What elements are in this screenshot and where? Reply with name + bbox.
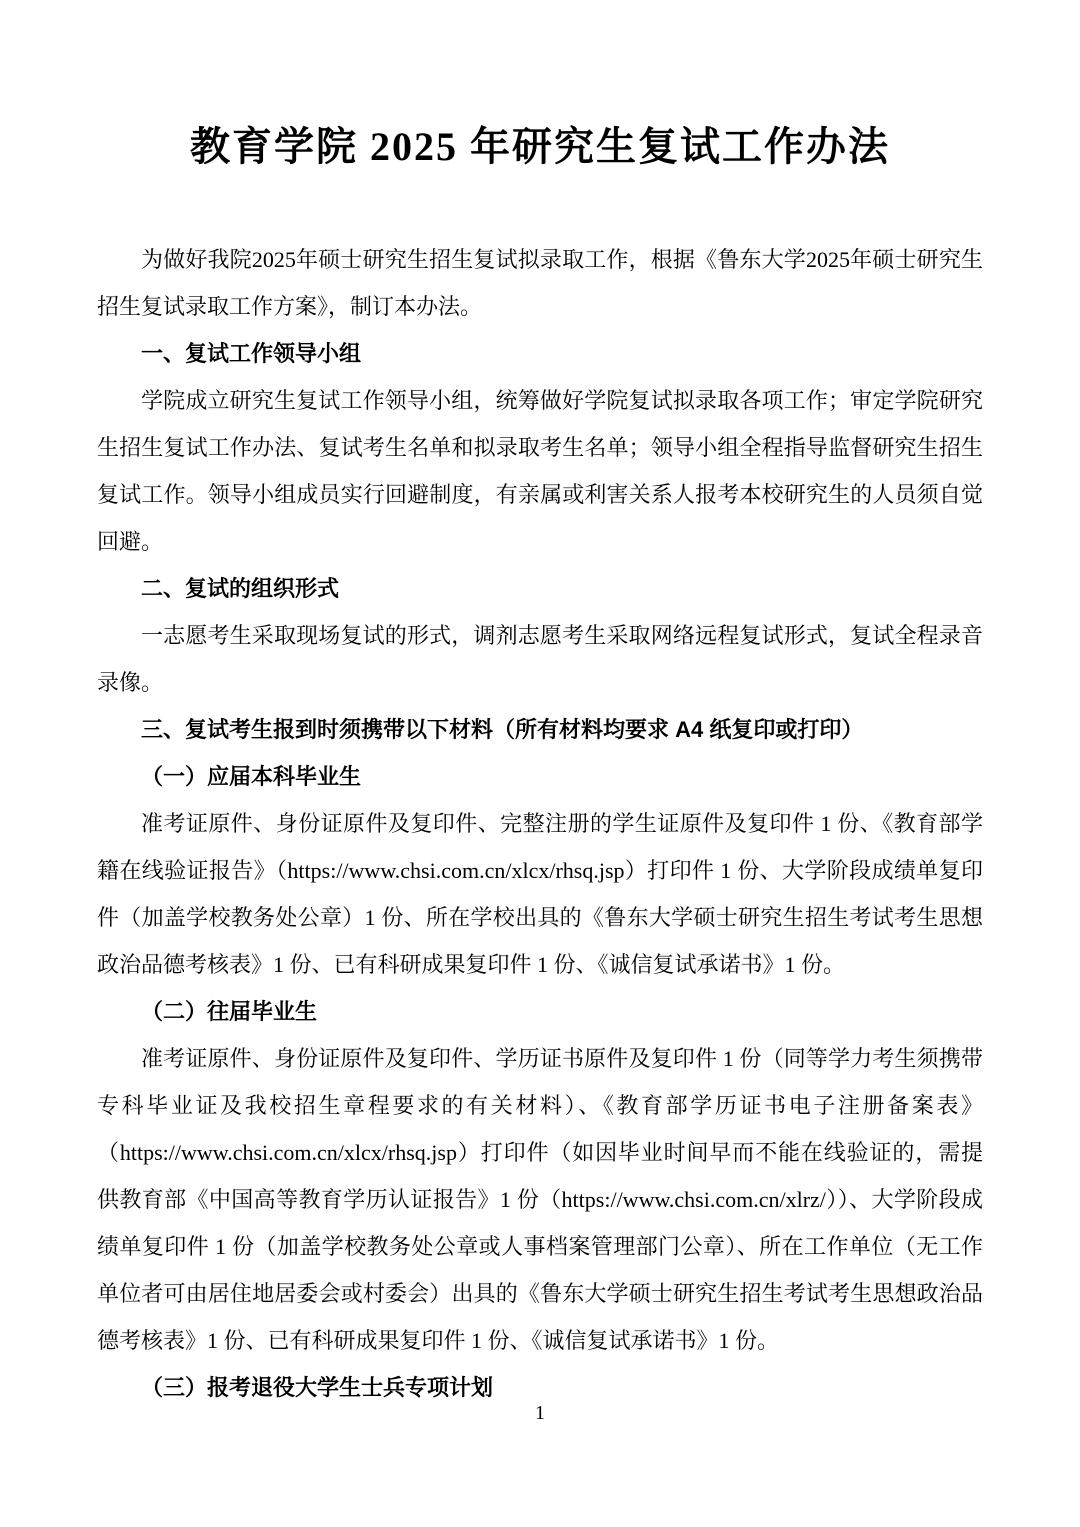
- paragraph: 学院成立研究生复试工作领导小组，统筹做好学院复试拟录取各项工作；审定学院研究生招…: [97, 377, 983, 565]
- paragraph: 准考证原件、身份证原件及复印件、学历证书原件及复印件 1 份（同等学力考生须携带…: [97, 1035, 983, 1364]
- document-title: 教育学院 2025 年研究生复试工作办法: [97, 118, 983, 176]
- sub-section-heading: （二）往届毕业生: [97, 988, 983, 1035]
- document-page: 教育学院 2025 年研究生复试工作办法 为做好我院2025年硕士研究生招生复试…: [0, 0, 1080, 1527]
- section-heading: 二、复试的组织形式: [97, 565, 983, 612]
- sub-section-heading: （一）应届本科毕业生: [97, 753, 983, 800]
- document-content: 教育学院 2025 年研究生复试工作办法 为做好我院2025年硕士研究生招生复试…: [97, 118, 983, 1411]
- paragraph: 为做好我院2025年硕士研究生招生复试拟录取工作，根据《鲁东大学2025年硕士研…: [97, 236, 983, 330]
- section-heading: 三、复试考生报到时须携带以下材料（所有材料均要求 A4 纸复印或打印）: [97, 706, 983, 753]
- page-number: 1: [0, 1401, 1080, 1425]
- section-heading: 一、复试工作领导小组: [97, 330, 983, 377]
- paragraph: 准考证原件、身份证原件及复印件、完整注册的学生证原件及复印件 1 份、《教育部学…: [97, 800, 983, 988]
- document-body: 为做好我院2025年硕士研究生招生复试拟录取工作，根据《鲁东大学2025年硕士研…: [97, 236, 983, 1411]
- paragraph: 一志愿考生采取现场复试的形式，调剂志愿考生采取网络远程复试形式，复试全程录音录像…: [97, 612, 983, 706]
